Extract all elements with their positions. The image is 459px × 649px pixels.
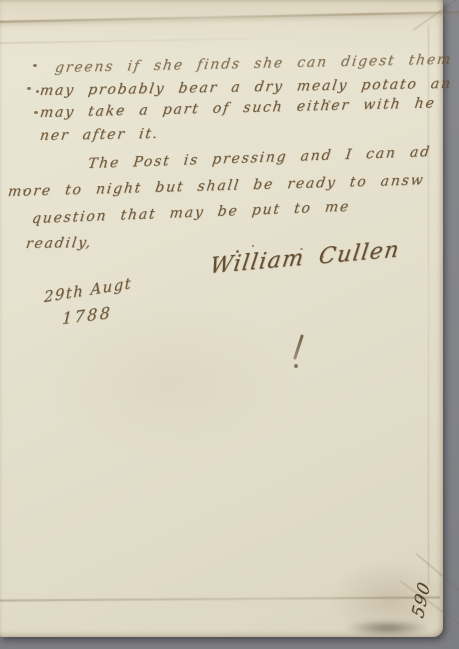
date-day-month: 29th Augt [44, 274, 132, 306]
ink-speck [300, 248, 303, 250]
ink-speck [328, 100, 331, 103]
ink-speck [36, 90, 39, 93]
fold-crease [0, 596, 440, 601]
ink-speck [23, 189, 26, 192]
handwritten-line: question that may be put to me [31, 199, 351, 227]
ink-speck [252, 245, 254, 247]
handwritten-line: more to night but shall be ready to answ [7, 172, 426, 200]
ink-smudge [345, 620, 430, 636]
ink-speck [322, 256, 324, 258]
ink-speck [236, 250, 239, 253]
handwritten-line: greens if she finds she can digest them [54, 52, 453, 76]
paper-stain [330, 560, 450, 640]
date-year: 1788 [61, 303, 112, 328]
fold-crease [0, 37, 300, 43]
fold-crease [413, 0, 459, 31]
ink-speck [27, 87, 31, 90]
paper-sheet: greens if she finds she can digest them … [0, 0, 443, 637]
fold-crease [0, 11, 459, 23]
paper-stain [0, 0, 443, 55]
handwritten-line: The Post is pressing and I can ad [87, 144, 432, 172]
handwritten-line: ner after it. [39, 126, 160, 144]
signature: William Cullen [208, 237, 401, 279]
scanned-letter-page: greens if she finds she can digest them … [0, 0, 459, 649]
ink-mark [293, 334, 304, 360]
ink-speck [34, 111, 38, 114]
handwritten-line: readily, [25, 235, 93, 252]
ink-mark [294, 364, 298, 368]
ink-speck [33, 64, 37, 67]
handwritten-line: may take a part of such either with he [39, 95, 437, 121]
folio-number: 590 [409, 579, 435, 621]
